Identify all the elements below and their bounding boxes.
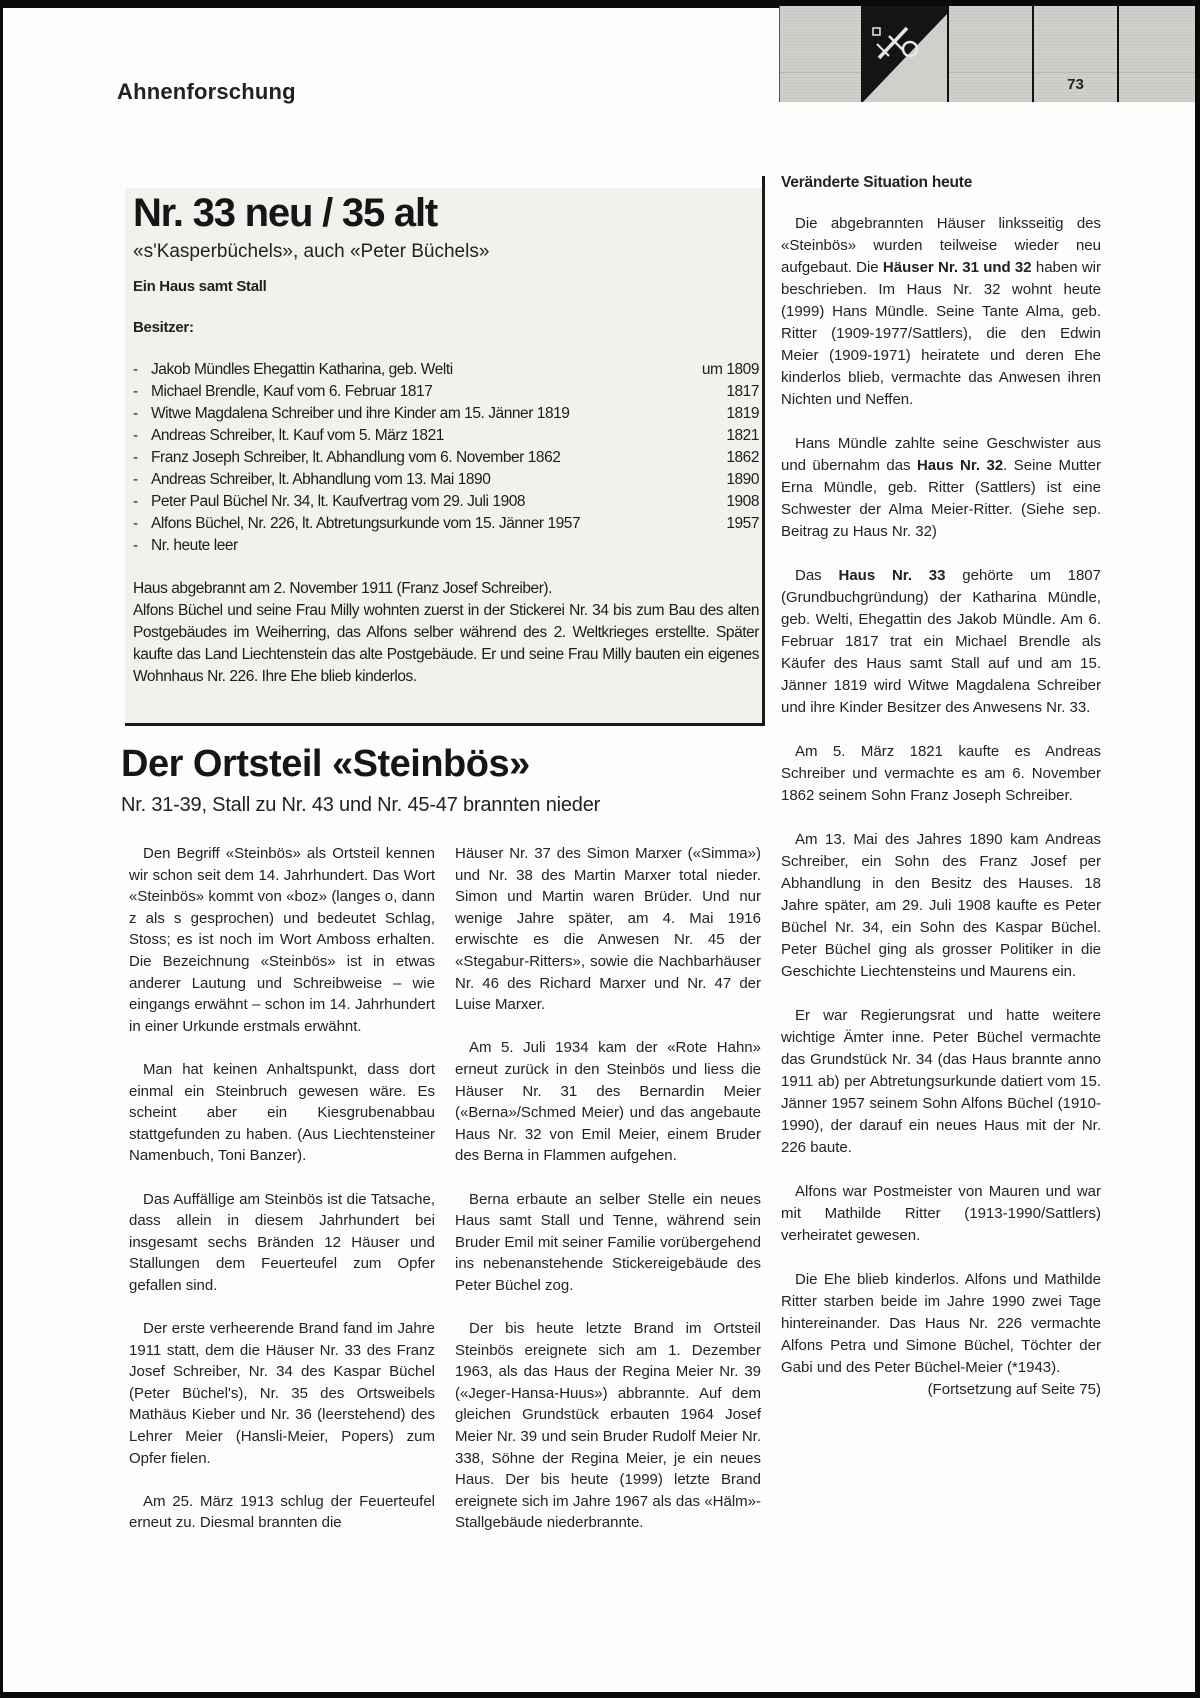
paragraph: Der erste verheerende Brand fand im Jahr… (129, 1318, 435, 1469)
right-column-heading: Veränderte Situation heute (781, 172, 1101, 194)
paragraph: Am 13. Mai des Jahres 1890 kam Andreas S… (781, 829, 1101, 983)
article-subtitle: Nr. 31-39, Stall zu Nr. 43 und Nr. 45-47… (121, 794, 600, 817)
section-label: Ahnenforschung (117, 79, 296, 105)
header-tabs: 73 (779, 6, 1195, 102)
magazine-page: Ahnenforschung 73 Nr. 33 neu / 35 alt «s… (3, 8, 1195, 1692)
paragraph: Berna erbaute an selber Stelle ein neues… (455, 1189, 761, 1297)
paragraph: Häuser Nr. 37 des Simon Marxer («Simma»)… (455, 843, 761, 1016)
header-tab (949, 6, 1034, 102)
owners-list: -Jakob Mündles Ehegattin Katharina, geb.… (133, 359, 759, 557)
owner-row: -Alfons Büchel, Nr. 226, lt. Abtretungsu… (133, 513, 759, 535)
history-note: Alfons Büchel und seine Frau Milly wohnt… (133, 600, 759, 688)
article-column-1: Den Begriff «Steinbös» als Ortsteil kenn… (129, 843, 435, 1556)
paragraph: Den Begriff «Steinbös» als Ortsteil kenn… (129, 843, 435, 1037)
header-tab-page-number: 73 (1034, 6, 1119, 102)
page-number: 73 (1034, 76, 1117, 93)
house-note: Haus abgebrannt am 2. November 1911 (Fra… (133, 578, 759, 688)
house-title: Nr. 33 neu / 35 alt (133, 191, 437, 236)
paragraph: Am 25. März 1913 schlug der Feuerteufel … (129, 1491, 435, 1534)
owner-row: -Nr. heute leer (133, 535, 759, 557)
header-tab-emblem (863, 6, 949, 102)
house-nickname: «s'Kasperbüchels», auch «Peter Büchels» (133, 241, 489, 263)
article-column-2: Häuser Nr. 37 des Simon Marxer («Simma»)… (455, 843, 761, 1556)
fire-note: Haus abgebrannt am 2. November 1911 (Fra… (133, 578, 759, 600)
house-info-box: Nr. 33 neu / 35 alt «s'Kasperbüchels», a… (125, 176, 765, 726)
owner-row: -Michael Brendle, Kauf vom 6. Februar 18… (133, 381, 759, 403)
paragraph: Der bis heute letzte Brand im Ortsteil S… (455, 1318, 761, 1534)
paragraph: Alfons war Postmeister von Mauren und wa… (781, 1181, 1101, 1247)
article-title: Der Ortsteil «Steinbös» (121, 743, 530, 786)
paragraph: Die Ehe blieb kinderlos. Alfons und Math… (781, 1269, 1101, 1379)
header-tab (1119, 6, 1195, 102)
paragraph: Hans Mündle zahlte seine Geschwister aus… (781, 433, 1101, 543)
paragraph: Das Auffällige am Steinbös ist die Tatsa… (129, 1189, 435, 1297)
owner-row: -Jakob Mündles Ehegattin Katharina, geb.… (133, 359, 759, 381)
paragraph: Die abgebrannten Häuser linksseitig des … (781, 213, 1101, 411)
paragraph: Man hat keinen Anhaltspunkt, dass dort e… (129, 1059, 435, 1167)
owner-row: -Andreas Schreiber, lt. Kauf vom 5. März… (133, 425, 759, 447)
paragraph: Am 5. Juli 1934 kam der «Rote Hahn» erne… (455, 1037, 761, 1167)
owner-row: -Andreas Schreiber, lt. Abhandlung vom 1… (133, 469, 759, 491)
coat-of-arms-icon (863, 6, 949, 102)
right-column: Veränderte Situation heute Die abgebrann… (781, 172, 1101, 1423)
header-tab (779, 6, 863, 102)
owner-row: -Witwe Magdalena Schreiber und ihre Kind… (133, 403, 759, 425)
owner-row: -Peter Paul Büchel Nr. 34, lt. Kaufvertr… (133, 491, 759, 513)
paragraph: Am 5. März 1821 kaufte es Andreas Schrei… (781, 741, 1101, 807)
owners-label: Besitzer: (133, 319, 194, 336)
house-kind: Ein Haus samt Stall (133, 278, 267, 295)
paragraph: Er war Regierungsrat und hatte weitere w… (781, 1005, 1101, 1159)
owner-row: -Franz Joseph Schreiber, lt. Abhandlung … (133, 447, 759, 469)
continuation-note: (Fortsetzung auf Seite 75) (781, 1379, 1101, 1401)
paragraph: Das Haus Nr. 33 gehörte um 1807 (Grundbu… (781, 565, 1101, 719)
